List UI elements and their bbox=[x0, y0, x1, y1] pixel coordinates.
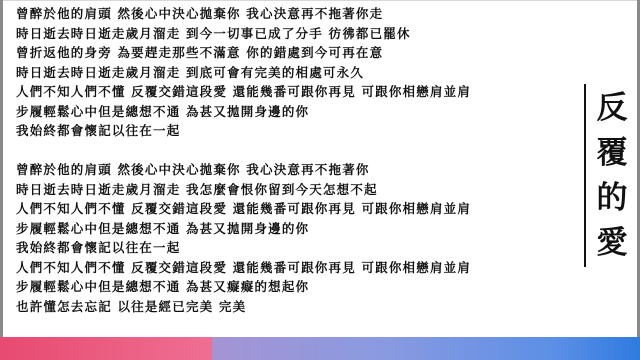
lyric-line: 我始終都會懷記以往在一起 bbox=[16, 121, 576, 141]
verse-1: 曾醉於他的肩頭 然後心中決心拋棄你 我心決意再不拖著你走 時日逝去時日逝走歲月溜… bbox=[16, 4, 576, 141]
lyric-line: 曾醉於他的肩頭 然後心中決心拋棄你 我心決意再不拖著你 bbox=[16, 160, 576, 180]
lyric-line: 時日逝去時日逝走歲月溜走 我怎麼會恨你留到今天怎想不起 bbox=[16, 180, 576, 200]
lyric-line: 人們不知人們不懂 反覆交錯這段愛 還能幾番可跟你再見 可跟你相戀肩並肩 bbox=[16, 82, 576, 102]
bottom-bar-pink-segment bbox=[0, 337, 212, 360]
verse-2: 曾醉於他的肩頭 然後心中決心拋棄你 我心決意再不拖著你 時日逝去時日逝走歲月溜走… bbox=[16, 160, 576, 316]
title-char: 反 bbox=[592, 86, 632, 131]
title-char: 愛 bbox=[592, 221, 632, 266]
lyric-line: 人們不知人們不懂 反覆交錯這段愛 還能幾番可跟你再見 可跟你相戀肩並肩 bbox=[16, 258, 576, 278]
lyric-line: 我始終都會懷記以往在一起 bbox=[16, 238, 576, 258]
bottom-bar-blue-segment bbox=[212, 337, 640, 360]
top-border bbox=[0, 0, 640, 1]
title-char: 的 bbox=[592, 176, 632, 221]
verse-gap bbox=[16, 141, 576, 161]
left-border bbox=[0, 0, 3, 337]
lyric-line: 人們不知人們不懂 反覆交錯這段愛 還能幾番可跟你再見 可跟你相戀肩並肩 bbox=[16, 199, 576, 219]
lyric-line: 步履輕鬆心中但是總想不通 為甚又拋開身邊的你 bbox=[16, 102, 576, 122]
lyric-line: 曾折返他的身旁 為要趕走那些不滿意 你的錯處到今可再在意 bbox=[16, 43, 576, 63]
lyric-line: 也許懂怎去忘記 以往是經已完美 完美 bbox=[16, 297, 576, 317]
lyric-line: 步履輕鬆心中但是總想不通 為甚又拋開身邊的你 bbox=[16, 219, 576, 239]
title-char: 覆 bbox=[592, 131, 632, 176]
lyrics-panel: 曾醉於他的肩頭 然後心中決心拋棄你 我心決意再不拖著你走 時日逝去時日逝走歲月溜… bbox=[16, 4, 576, 316]
lyric-line: 時日逝去時日逝走歲月溜走 到今一切事已成了分手 彷彿都已罷休 bbox=[16, 24, 576, 44]
bottom-color-bar bbox=[0, 337, 640, 360]
lyric-line: 曾醉於他的肩頭 然後心中決心拋棄你 我心決意再不拖著你走 bbox=[16, 4, 576, 24]
title-divider bbox=[584, 84, 586, 267]
lyric-line: 時日逝去時日逝走歲月溜走 到底可會有完美的相處可永久 bbox=[16, 63, 576, 83]
lyric-line: 步履輕鬆心中但是總想不通 為甚又癡癡的想起你 bbox=[16, 277, 576, 297]
song-title: 反 覆 的 愛 bbox=[592, 86, 632, 266]
